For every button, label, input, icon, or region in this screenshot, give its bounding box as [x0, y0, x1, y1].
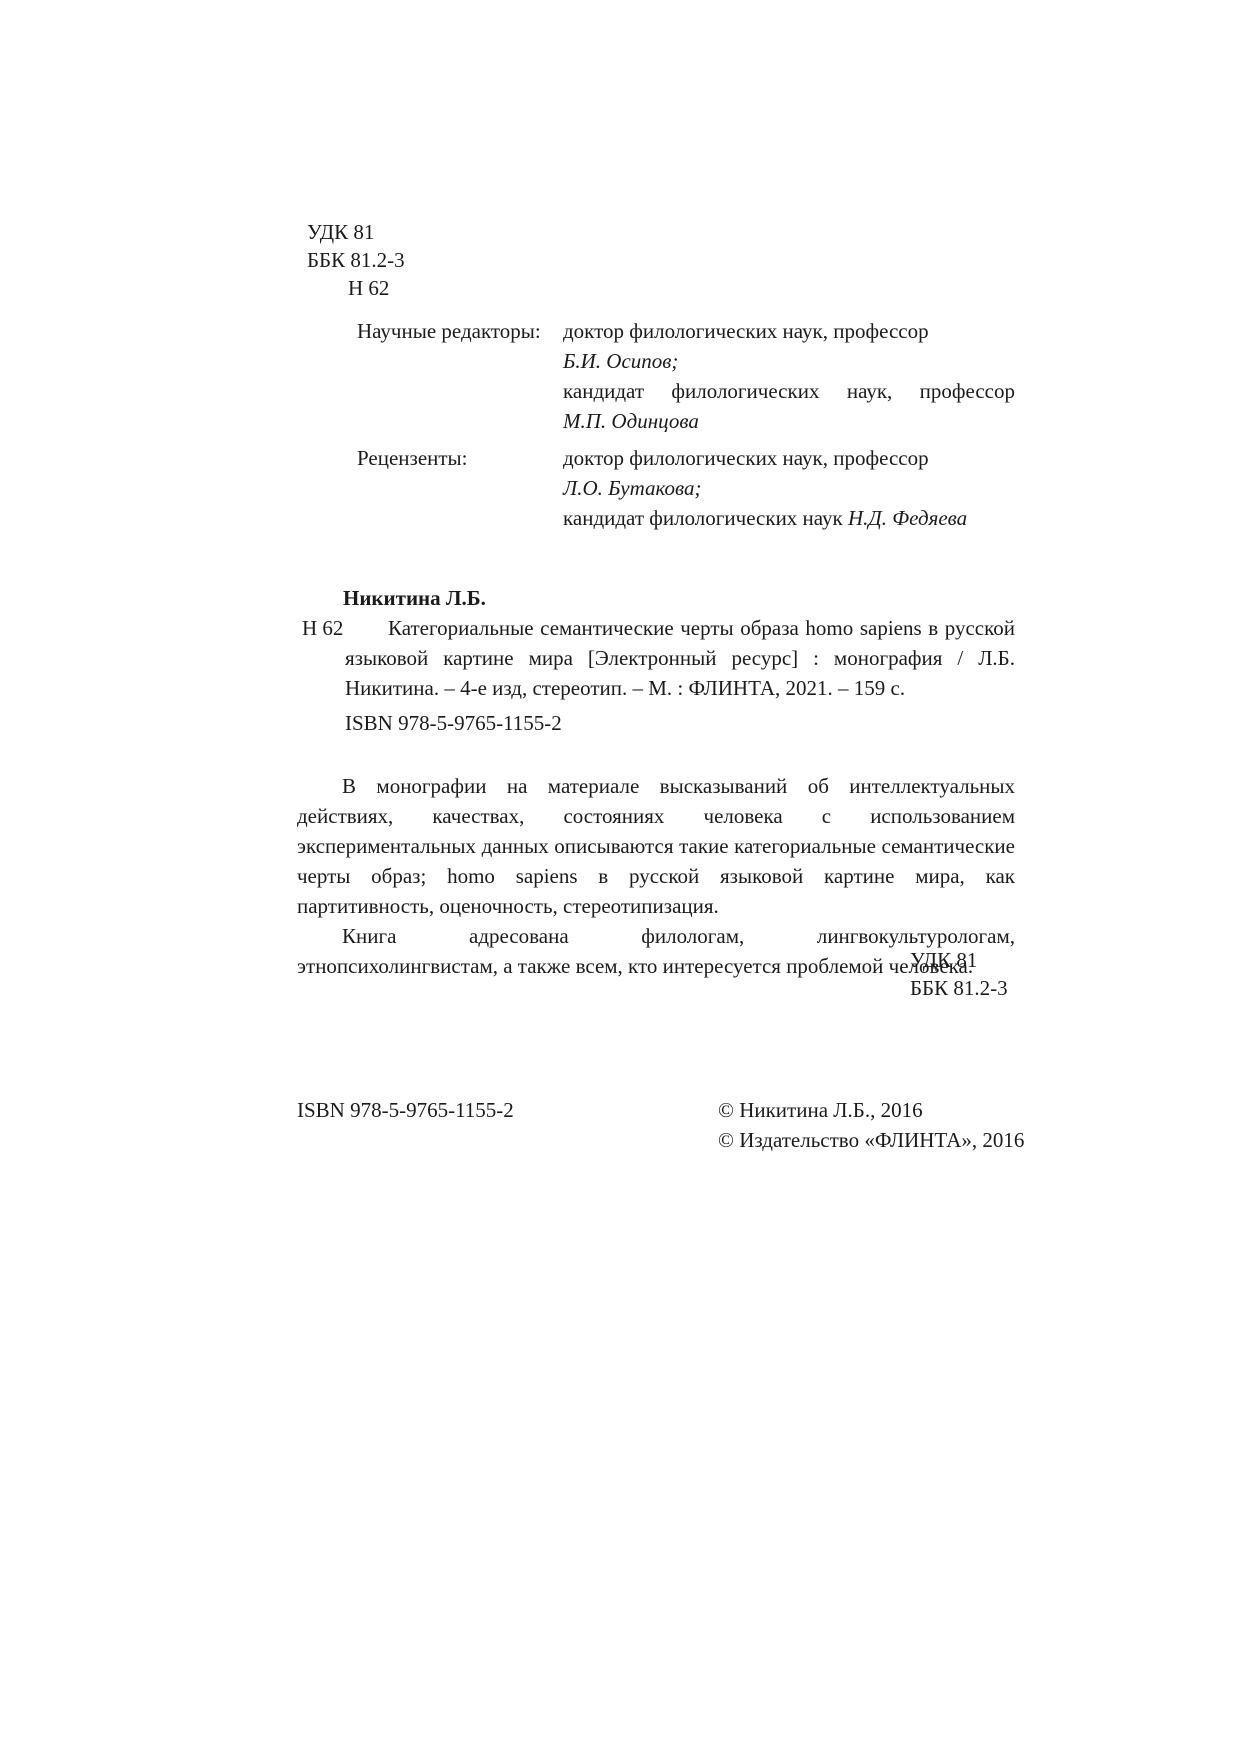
editor-name-1: Б.И. Осипов; [563, 346, 1015, 376]
reviewer-degree-1: доктор филологических наук, профессор [563, 443, 1015, 473]
reviewers-label: Рецензенты: [357, 443, 468, 473]
editor-degree-1: доктор филологических наук, профессор [563, 316, 1015, 346]
editor-degree-2: кандидат филологических наук, профессор [563, 376, 1015, 406]
book-imprint-page: УДК 81 ББК 81.2-3 Н 62 Научные редакторы… [0, 0, 1241, 1755]
annotation-block: В монографии на материале высказываний о… [297, 771, 1015, 981]
bbk-code-right: ББК 81.2-3 [910, 974, 1008, 1002]
copyright-publisher: © Издательство «ФЛИНТА», 2016 [718, 1125, 1024, 1155]
reviewer-degree-2: кандидат филологических наук [563, 506, 848, 530]
reviewers-list: доктор филологических наук, профессор Л.… [563, 443, 1015, 533]
udk-code-top: УДК 81 [307, 218, 405, 246]
isbn-catalog: ISBN 978-5-9765-1155-2 [345, 708, 562, 738]
bbk-code-top: ББК 81.2-3 [307, 246, 405, 274]
annotation-paragraph-2: Книга адресована филологам, лингвокульту… [297, 921, 1015, 981]
catalog-index-code: Н 62 [302, 613, 343, 643]
catalog-author: Никитина Л.Б. [343, 583, 486, 613]
editor-name-2: М.П. Одинцова [563, 406, 1015, 436]
udk-code-right: УДК 81 [910, 946, 1008, 974]
isbn-footer: ISBN 978-5-9765-1155-2 [297, 1095, 514, 1125]
editors-label: Научные редакторы: [357, 316, 541, 346]
editors-list: доктор филологических наук, профессор Б.… [563, 316, 1015, 436]
catalog-description: Категориальные семантические черты образ… [345, 613, 1015, 703]
author-index-code-top: Н 62 [348, 274, 405, 302]
right-classification-codes: УДК 81 ББК 81.2-3 [910, 946, 1008, 1002]
annotation-paragraph-1: В монографии на материале высказываний о… [297, 771, 1015, 921]
copyright-block: © Никитина Л.Б., 2016 © Издательство «ФЛ… [718, 1095, 1024, 1155]
copyright-author: © Никитина Л.Б., 2016 [718, 1095, 1024, 1125]
reviewer-name-1: Л.О. Бутакова; [563, 473, 1015, 503]
top-classification-codes: УДК 81 ББК 81.2-3 Н 62 [307, 218, 405, 302]
reviewer-line-2: кандидат филологических наук Н.Д. Федяев… [563, 503, 1015, 533]
reviewer-name-2: Н.Д. Федяева [848, 506, 967, 530]
